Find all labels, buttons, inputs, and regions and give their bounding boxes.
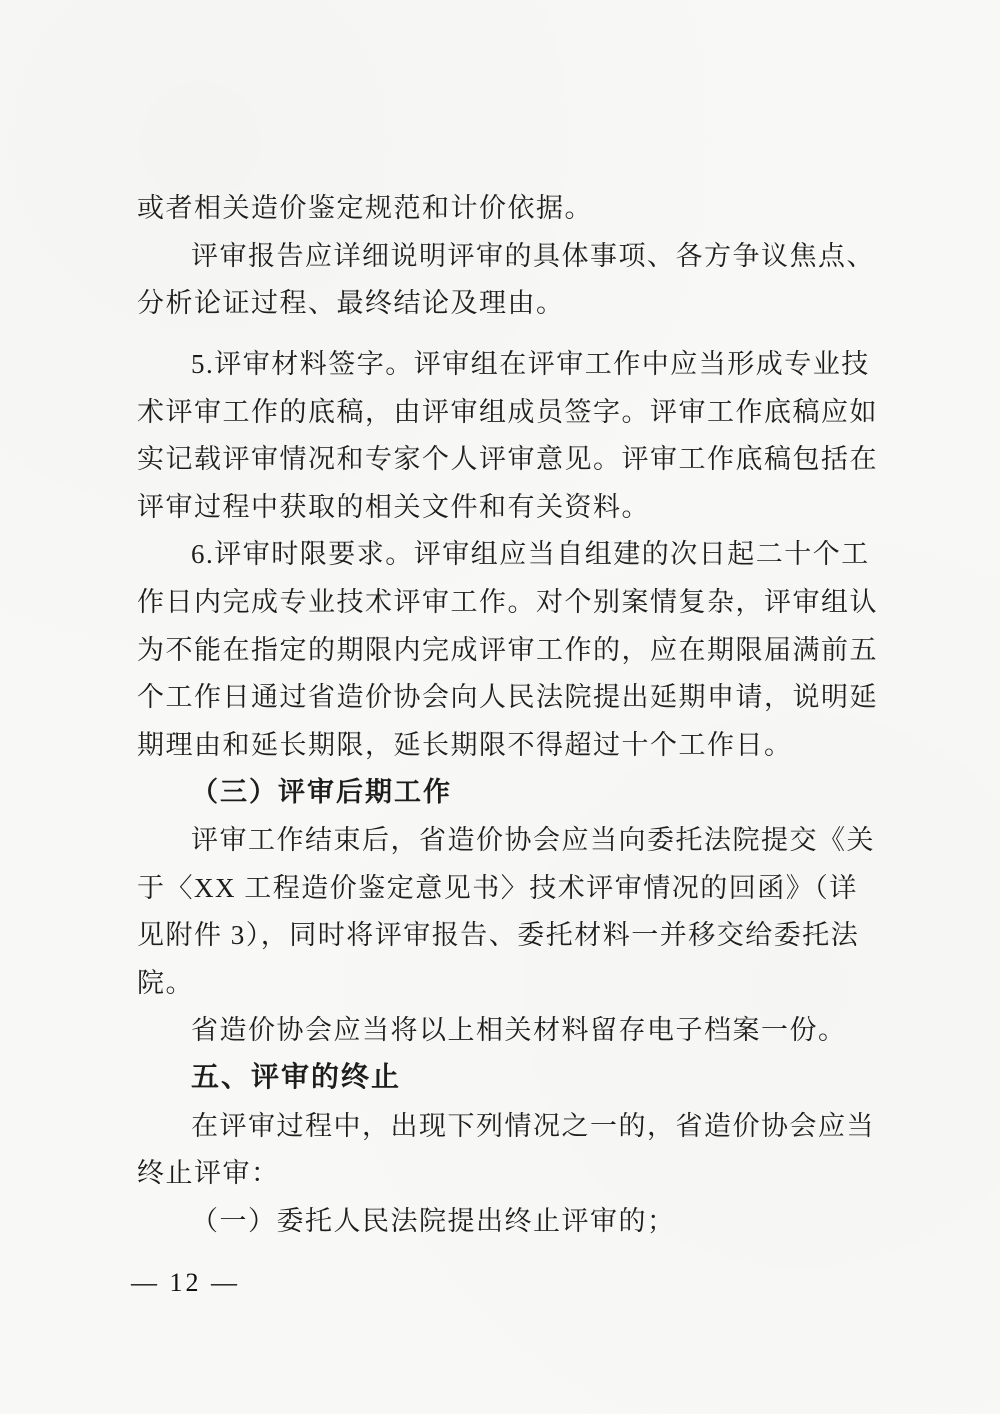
text-line: 省造价协会应当将以上相关材料留存电子档案一份。 xyxy=(137,1004,877,1052)
text-line: 评审过程中获取的相关文件和有关资料。 xyxy=(137,481,877,529)
page-number: — 12 — xyxy=(131,1268,240,1298)
text-line: 或者相关造价鉴定规范和计价依据。 xyxy=(137,182,877,230)
text-line-item-6: 6.评审时限要求。评审组应当自组建的次日起二十个工 xyxy=(137,528,877,576)
text-line: 期理由和延长期限，延长期限不得超过十个工作日。 xyxy=(137,719,877,767)
text-line-item-5: 5.评审材料签字。评审组在评审工作中应当形成专业技 xyxy=(137,338,877,386)
text-line: 术评审工作的底稿，由评审组成员签字。评审工作底稿应如 xyxy=(137,385,877,433)
text-line: 在评审过程中，出现下列情况之一的，省造价协会应当 xyxy=(137,1099,877,1147)
text-line: 实记载评审情况和专家个人评审意见。评审工作底稿包括在 xyxy=(137,433,877,481)
text-line: 院。 xyxy=(137,957,877,1005)
text-line: 评审报告应详细说明评审的具体事项、各方争议焦点、 xyxy=(137,230,877,278)
text-line: 评审工作结束后，省造价协会应当向委托法院提交《关 xyxy=(137,814,877,862)
text-line: 于〈XX 工程造价鉴定意见书〉技术评审情况的回函》（详 xyxy=(137,861,877,909)
text-line: 终止评审： xyxy=(137,1147,877,1195)
document-body: 或者相关造价鉴定规范和计价依据。 评审报告应详细说明评审的具体事项、各方争议焦点… xyxy=(137,182,877,1242)
text-line: 个工作日通过省造价协会向人民法院提出延期申请，说明延 xyxy=(137,671,877,719)
text-line-item-termination-1: （一）委托人民法院提出终止评审的； xyxy=(137,1194,877,1242)
section-heading-review-post-work: （三）评审后期工作 xyxy=(137,766,877,814)
text-line: 见附件 3），同时将评审报告、委托材料一并移交给委托法 xyxy=(137,909,877,957)
chapter-heading-review-termination: 五、评审的终止 xyxy=(137,1052,877,1100)
text-line: 为不能在指定的期限内完成评审工作的，应在期限届满前五 xyxy=(137,623,877,671)
text-line: 作日内完成专业技术评审工作。对个别案情复杂，评审组认 xyxy=(137,576,877,624)
text-line: 分析论证过程、最终结论及理由。 xyxy=(137,277,877,325)
